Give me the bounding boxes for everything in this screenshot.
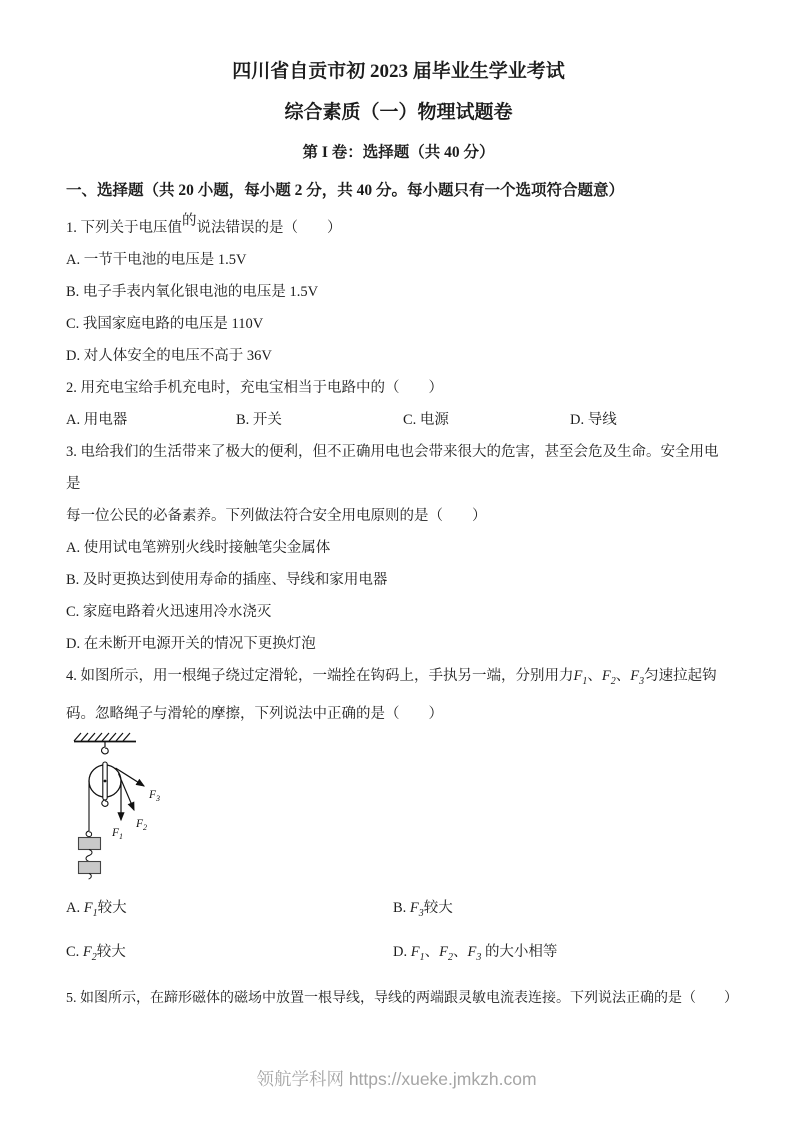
q1-option-a: A. 一节干电池的电压是 1.5V	[66, 244, 731, 276]
part-heading: 第 I 卷：选择题（共 40 分）	[66, 141, 731, 165]
pulley-figure: F1 F2 F3	[70, 732, 731, 889]
q2-option-a: A. 用电器	[66, 404, 236, 436]
force-f2-symbol: F2	[83, 944, 97, 960]
q4-option-a: A. F1较大	[66, 889, 393, 933]
label-f1: F1	[111, 827, 123, 841]
force-f3-symbol: F3	[410, 900, 424, 916]
q1-option-c: C. 我国家庭电路的电压是 110V	[66, 308, 731, 340]
pulley-bottom-hook	[102, 800, 108, 806]
q1-option-d: D. 对人体安全的电压不高于 36V	[66, 340, 731, 372]
q4-stem-tail: 匀速拉起钩	[644, 668, 717, 684]
force-f3-symbol: F3	[467, 944, 481, 960]
q3-option-d: D. 在未断开电源开关的情况下更换灯泡	[66, 628, 731, 660]
q2-options-row: A. 用电器 B. 开关 C. 电源 D. 导线	[66, 404, 731, 436]
q1-stem-pre: 1. 下列关于电压值	[66, 220, 182, 236]
question-3-stem-line2: 每一位公民的必备素养。下列做法符合安全用电原则的是（ ）	[66, 500, 731, 532]
q1-option-b: B. 电子手表内氧化银电池的电压是 1.5V	[66, 276, 731, 308]
q4-options-row1: A. F1较大 B. F3较大	[66, 889, 731, 933]
question-2-stem: 2. 用充电宝给手机充电时，充电宝相当于电路中的（ ）	[66, 372, 731, 404]
exam-paper-page: 四川省自贡市初 2023 届毕业生学业考试 综合素质（一）物理试题卷 第 I 卷…	[0, 0, 793, 1122]
q4-option-b: B. F3较大	[393, 889, 453, 933]
pulley-figure-svg: F1 F2 F3	[70, 732, 185, 887]
q4-separator: 、	[616, 668, 631, 684]
q4-option-d: D. F1、F2、F3 的大小相等	[393, 933, 557, 977]
force-f2-symbol: F2	[439, 944, 453, 960]
q4-separator: 、	[587, 668, 602, 684]
q4-option-c: C. F2较大	[66, 933, 393, 977]
force-f3-symbol: F3	[630, 668, 644, 684]
q3-option-a: A. 使用试电笔辨别火线时接触笔尖金属体	[66, 532, 731, 564]
q4-options-row2: C. F2较大 D. F1、F2、F3 的大小相等	[66, 933, 731, 977]
pulley-axle-dot	[104, 779, 107, 782]
question-5-stem: 5. 如图所示，在蹄形磁体的磁场中放置一根导线，导线的两端跟灵敏电流表连接。下列…	[66, 983, 731, 1015]
label-f2: F2	[135, 818, 147, 832]
tail-hook	[89, 873, 92, 879]
label-f3: F3	[148, 789, 160, 803]
q2-option-d: D. 导线	[570, 404, 617, 436]
force-arrows	[116, 768, 145, 820]
exam-content: 四川省自贡市初 2023 届毕业生学业考试 综合素质（一）物理试题卷 第 I 卷…	[66, 58, 731, 1015]
question-4-stem-line2: 码。忽略绳子与滑轮的摩擦，下列说法中正确的是（ ）	[66, 698, 731, 730]
q1-raised-char: 的	[182, 213, 197, 229]
watermark-footer: 领航学科网 https://xueke.jmkzh.com	[0, 1066, 793, 1091]
q3-option-b: B. 及时更换达到使用寿命的插座、导线和家用电器	[66, 564, 731, 596]
s-hook	[86, 849, 92, 861]
ceiling-hatch	[74, 733, 136, 742]
ceiling-hook	[102, 741, 109, 753]
q3-option-c: C. 家庭电路着火迅速用冷水浇灭	[66, 596, 731, 628]
hanging-weights	[79, 837, 101, 879]
force-f1-symbol: F1	[411, 944, 425, 960]
q2-option-b: B. 开关	[236, 404, 403, 436]
q1-stem-post: 说法错误的是（ ）	[197, 220, 342, 236]
force-labels: F1 F2 F3	[111, 789, 160, 841]
exam-title-line2: 综合素质（一）物理试题卷	[66, 99, 731, 127]
exam-title-line1: 四川省自贡市初 2023 届毕业生学业考试	[66, 58, 731, 86]
force-f1-symbol: F1	[84, 900, 98, 916]
question-1-stem: 1. 下列关于电压值的说法错误的是（ ）	[66, 212, 731, 244]
q4-stem-pre: 4. 如图所示，用一根绳子绕过定滑轮，一端拴在钩码上，手执另一端，分别用力	[66, 668, 574, 684]
question-4-stem-line1: 4. 如图所示，用一根绳子绕过定滑轮，一端拴在钩码上，手执另一端，分别用力F1、…	[66, 660, 731, 698]
question-3-stem-line1: 3. 电给我们的生活带来了极大的便利，但不正确用电也会带来很大的危害，甚至会危及…	[66, 436, 731, 500]
force-f2-symbol: F2	[602, 668, 616, 684]
q2-option-c: C. 电源	[403, 404, 570, 436]
section-heading: 一、选择题（共 20 小题，每小题 2 分，共 40 分。每小题只有一个选项符合…	[66, 178, 731, 204]
force-f1-symbol: F1	[574, 668, 588, 684]
